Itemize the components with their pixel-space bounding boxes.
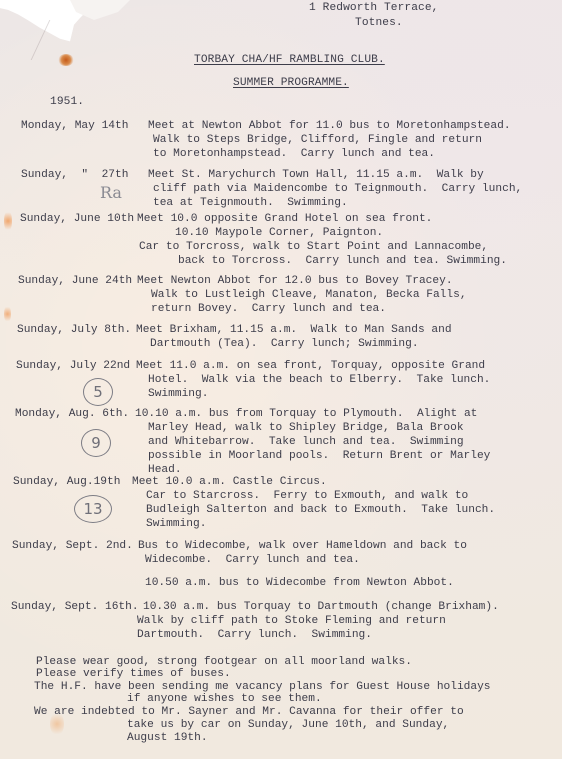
entry-line: Meet Brixham, 11.15 a.m. Walk to Man San… — [136, 324, 452, 336]
paper-fold — [0, 20, 50, 60]
entry-line: Car to Torcross, walk to Start Point and… — [139, 241, 488, 253]
entry-line: 10.10 a.m. bus from Torquay to Plymouth.… — [135, 408, 477, 420]
entry-date: Sunday, July 22nd — [16, 360, 130, 372]
entry-line: Swimming. — [146, 518, 206, 530]
entry-date: Sunday, " 27th — [21, 169, 128, 181]
entry-line: Car to Starcross. Ferry to Exmouth, and … — [146, 490, 468, 502]
entry-line: tea at Teignmouth. Swimming. — [153, 197, 348, 209]
document-title: TORBAY CHA/HF RAMBLING CLUB. — [194, 54, 385, 66]
entry-line: Bus to Widecombe, walk over Hameldown an… — [138, 540, 467, 552]
entry-date: Sunday, Sept. 2nd. — [12, 540, 133, 552]
entry-line: Hotel. Walk via the beach to Elberry. Ta… — [148, 374, 490, 386]
entry-line: 10.50 a.m. bus to Widecombe from Newton … — [145, 577, 454, 589]
entry-line: return Bovey. Carry lunch and tea. — [151, 303, 386, 315]
programme-year: 1951. — [50, 96, 84, 108]
entry-line: Meet 10.0 opposite Grand Hotel on sea fr… — [137, 213, 432, 225]
footer-note: if anyone wishes to see them. — [127, 693, 322, 705]
entry-date: Sunday, July 8th. — [17, 324, 131, 336]
entry-line: Marley Head, walk to Shipley Bridge, Bal… — [148, 422, 464, 434]
entry-date: Sunday, Aug.19th — [13, 476, 120, 488]
entry-line: and Whitebarrow. Take lunch and tea. Swi… — [148, 436, 464, 448]
footer-note: The H.F. have been sending me vacancy pl… — [34, 681, 491, 693]
handwritten-note: Ra — [100, 183, 122, 202]
rust-stain — [58, 54, 74, 66]
entry-line: possible in Moorland pools. Return Brent… — [148, 450, 490, 462]
footer-note: Please wear good, strong footgear on all… — [36, 656, 412, 668]
entry-line: Walk to Lustleigh Cleave, Manaton, Becka… — [151, 289, 467, 301]
entry-date: Monday, May 14th — [21, 120, 128, 132]
entry-line: Walk by cliff path to Stoke Fleming and … — [137, 615, 446, 627]
entry-date: Monday, Aug. 6th. — [15, 408, 129, 420]
entry-line: Widecombe. Carry lunch and tea. — [145, 554, 360, 566]
address-line-2: Totnes. — [355, 17, 403, 29]
entry-line: 10.30 a.m. bus Torquay to Dartmouth (cha… — [143, 601, 499, 613]
entry-date: Sunday, June 10th — [20, 213, 134, 225]
entry-line: Swimming. — [148, 388, 208, 400]
entry-line: 10.10 Maypole Corner, Paignton. — [175, 227, 383, 239]
entry-line: Walk to Steps Bridge, Clifford, Fingle a… — [153, 134, 482, 146]
entry-line: to Moretonhampstead. Carry lunch and tea… — [153, 148, 435, 160]
address-line-1: 1 Redworth Terrace, — [309, 2, 438, 14]
circled-number: 5 — [83, 378, 113, 406]
entry-line: Meet 11.0 a.m. on sea front, Torquay, op… — [136, 360, 485, 372]
entry-line: back to Torcross. Carry lunch and tea. S… — [178, 255, 507, 267]
circled-number: 9 — [81, 429, 111, 457]
footer-note: We are indebted to Mr. Sayner and Mr. Ca… — [34, 706, 464, 718]
typed-document-page: 1 Redworth Terrace, Totnes. TORBAY CHA/H… — [0, 0, 562, 759]
entry-line: Meet St. Marychurch Town Hall, 11.15 a.m… — [148, 169, 484, 181]
rust-stain — [4, 305, 11, 323]
entry-line: Meet at Newton Abbot for 11.0 bus to Mor… — [148, 120, 511, 132]
document-subtitle: SUMMER PROGRAMME. — [233, 77, 349, 89]
entry-line: Dartmouth (Tea). Carry lunch; Swimming. — [150, 338, 419, 350]
circled-number: 13 — [74, 495, 112, 523]
entry-line: Meet Newton Abbot for 12.0 bus to Bovey … — [137, 275, 453, 287]
footer-note: August 19th. — [127, 732, 208, 744]
entry-line: Budleigh Salterton and back to Exmouth. … — [146, 504, 495, 516]
footer-note: take us by car on Sunday, June 10th, and… — [127, 719, 449, 731]
entry-line: Head. — [148, 464, 182, 476]
entry-date: Sunday, Sept. 16th. — [11, 601, 139, 613]
entry-date: Sunday, June 24th — [18, 275, 132, 287]
entry-line: Dartmouth. Carry lunch. Swimming. — [137, 629, 372, 641]
entry-line: Meet 10.0 a.m. Castle Circus. — [132, 476, 327, 488]
entry-line: cliff path via Maidencombe to Teignmouth… — [153, 183, 522, 195]
rust-stain — [4, 210, 12, 232]
footer-note: Please verify times of buses. — [36, 668, 231, 680]
